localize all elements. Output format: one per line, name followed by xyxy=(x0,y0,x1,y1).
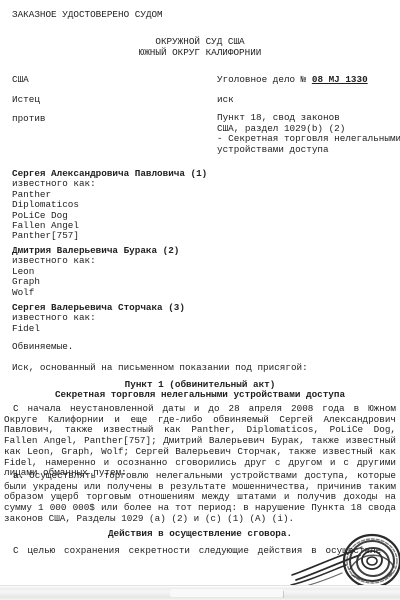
claim-type: иск xyxy=(217,94,234,105)
statute-line: устройствами доступа xyxy=(217,145,400,156)
versus-label: против xyxy=(12,113,45,124)
defendants-status: Обвиняемые. xyxy=(12,341,73,352)
alias: Fidel xyxy=(12,324,185,334)
scrollbar-divider xyxy=(283,591,284,598)
case-label: Уголовное дело № xyxy=(217,74,306,85)
court-name-line2: ЮЖНЫЙ ОКРУГ КАЛИФОРНИИ xyxy=(0,47,400,58)
defendant-1-block: Сергея Александровича Павловича (1) изве… xyxy=(12,169,207,242)
plaintiff-role: Истец xyxy=(12,94,40,105)
plaintiff-name: США xyxy=(12,74,29,85)
item-a-paragraph: а.Осуществлять торговлю нелегальными уст… xyxy=(4,471,396,525)
alias: Panther[757] xyxy=(12,231,207,241)
case-number: 08 MJ 1330 xyxy=(312,74,368,85)
defendant-2-block: Дмитрия Валерьевича Бурака (2) известног… xyxy=(12,246,179,298)
case-number-line: Уголовное дело № 08 MJ 1330 xyxy=(217,74,368,85)
page-bottom-edge-strip xyxy=(0,585,400,600)
intro-paragraph: С начала неустановленной даты и до 28 ап… xyxy=(4,404,396,479)
court-seal-stamp xyxy=(290,531,400,593)
oath-statement: Иск, основанный на письменном показании … xyxy=(12,362,308,373)
alias: Graph xyxy=(12,277,179,287)
scrollbar-thumb[interactable] xyxy=(170,589,283,597)
defendant-3-block: Сергея Валерьевича Сторчака (3) известно… xyxy=(12,303,185,334)
count1-heading-line2: Секретная торговля нелегальными устройст… xyxy=(0,389,400,400)
aka-label: известного как: xyxy=(12,256,179,266)
item-a-text: Осуществлять торговлю нелегальными устро… xyxy=(4,470,396,524)
certification-note: ЗАКАЗНОЕ УДОСТОВЕРЕНО СУДОМ xyxy=(12,9,163,20)
item-a-label: а. xyxy=(13,470,24,481)
court-name-line1: ОКРУЖНОЙ СУД США xyxy=(0,36,400,47)
alias: Wolf xyxy=(12,288,179,298)
scanned-court-document: ЗАКАЗНОЕ УДОСТОВЕРЕНО СУДОМ ОКРУЖНОЙ СУД… xyxy=(0,0,400,600)
statute-citation: Пункт 18, свод законов США, раздел 1029(… xyxy=(217,113,400,155)
statute-line: Пункт 18, свод законов xyxy=(217,113,400,124)
